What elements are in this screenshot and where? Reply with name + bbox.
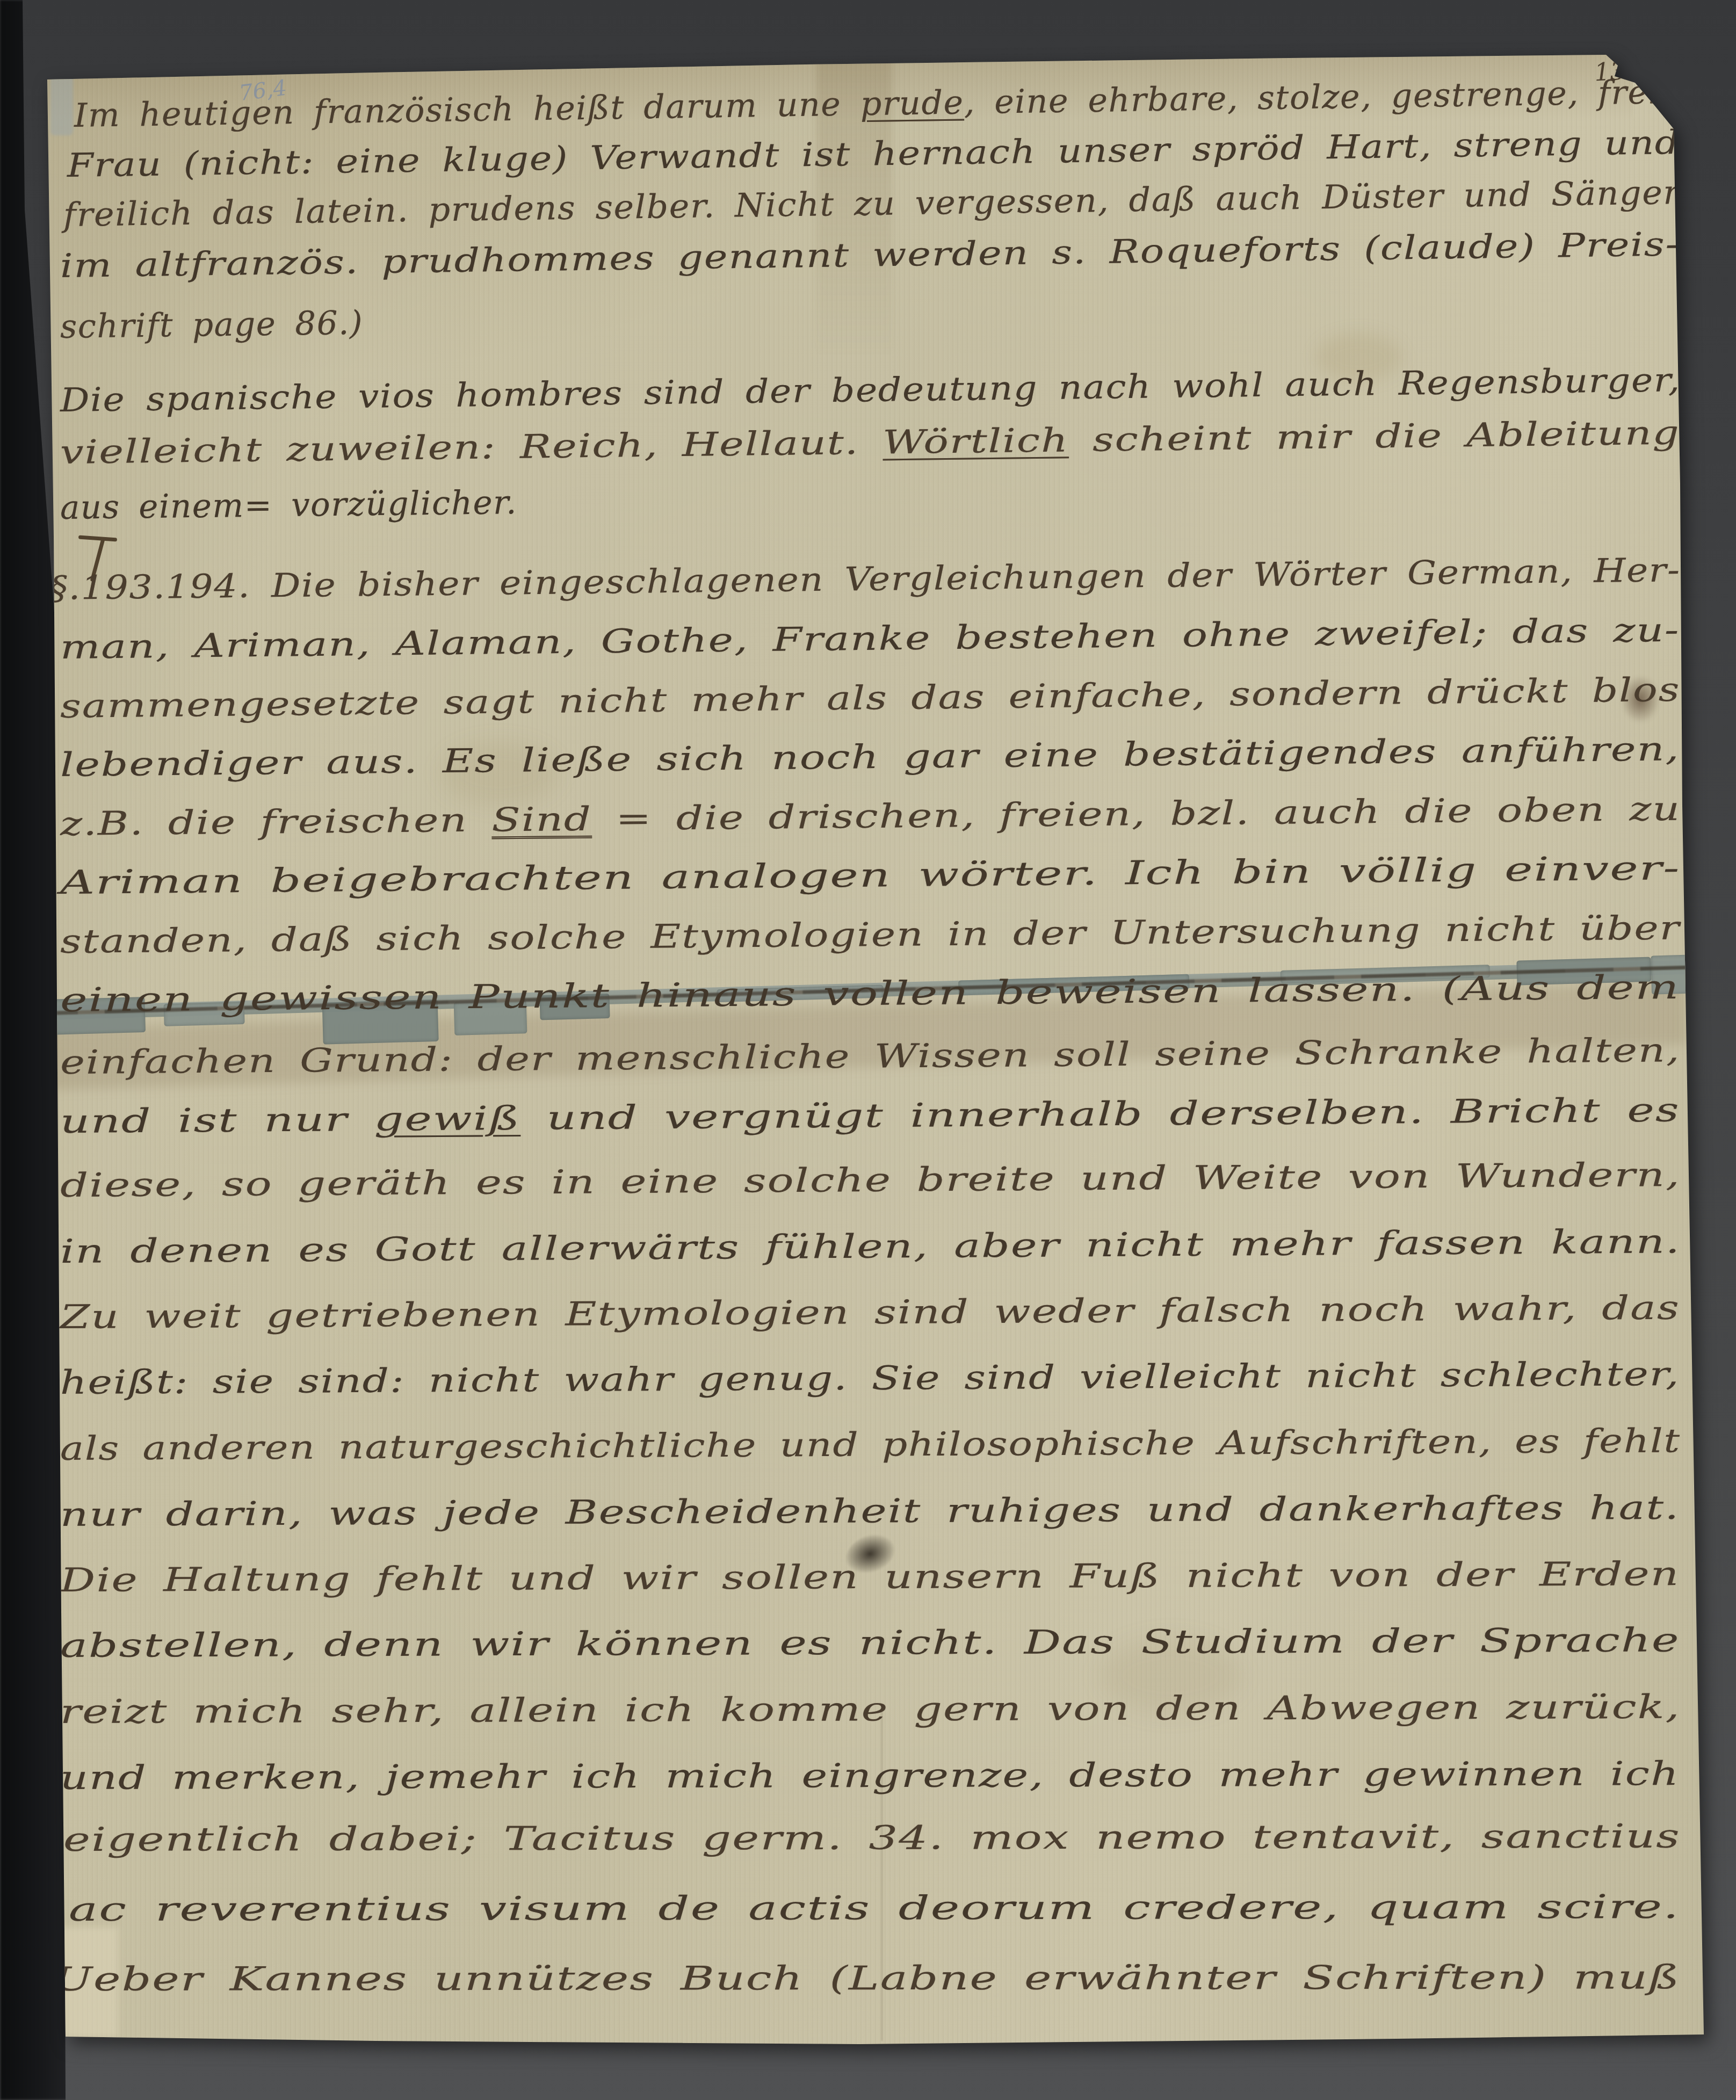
- handwriting-line: man, Ariman, Alaman, Gothe, Franke beste…: [60, 614, 1680, 664]
- handwriting-line: schrift page 86.): [60, 307, 364, 343]
- handwriting-line: diese, so geräth es in eine solche breit…: [60, 1158, 1681, 1202]
- handwriting-line: freilich das latein. prudens selber. Nic…: [63, 176, 1681, 231]
- handwriting-line: aus einem= vorzüglicher.: [60, 486, 518, 524]
- handwriting-line: Zu weit getriebenen Etymologien sind wed…: [60, 1292, 1680, 1334]
- handwriting-line: Die spanische vios hombres sind der bede…: [60, 364, 1681, 417]
- handwriting-line: einfachen Grund: der menschliche Wissen …: [60, 1034, 1681, 1079]
- handwriting-line: in denen es Gott allerwärts fühlen, aber…: [60, 1225, 1681, 1268]
- handwriting-line: im altfranzös. prudhommes genannt werden…: [60, 228, 1680, 283]
- handwriting-line: ac reverentius visum de actis deorum cre…: [69, 1891, 1680, 1926]
- insertion-mark-horizontal-stroke: [78, 535, 117, 541]
- handwriting-line: eigentlich dabei; Tacitus germ. 34. mox …: [63, 1820, 1681, 1856]
- handwriting-line: reizt mich sehr, allein ich komme gern v…: [60, 1691, 1681, 1728]
- handwriting-line: sammengesetzte sagt nicht mehr als das e…: [60, 674, 1681, 723]
- handwriting-line: abstellen, denn wir können es nicht. Das…: [60, 1624, 1680, 1662]
- handwriting-line: §.193.194. Die bisher eingeschlagenen Ve…: [49, 554, 1681, 605]
- handwriting-line: z.B. die freischen Sind = die drischen, …: [60, 793, 1681, 841]
- handwriting-line: Die Haltung fehlt und wir sollen unsern …: [60, 1558, 1680, 1597]
- handwriting-line: Im heutigen französisch heißt darum une …: [74, 76, 1681, 132]
- handwriting-line: Ueber Kannes unnützes Buch (Labne erwähn…: [54, 1961, 1680, 1996]
- handwriting-line: und merken, jemehr ich mich eingrenze, d…: [60, 1757, 1680, 1794]
- handwriting-line: Ariman beigebrachten analogen wörter. Ic…: [60, 852, 1681, 899]
- paper-sheet: 76,4 13 Im heutigen französisch heißt da…: [0, 0, 1736, 2100]
- handwriting-line: nur darin, was jede Bescheidenheit ruhig…: [60, 1491, 1680, 1531]
- handwriting-line: standen, daß sich solche Etymologien in …: [60, 911, 1681, 958]
- handwriting-line: lebendiger aus. Es ließe sich noch gar e…: [60, 733, 1680, 781]
- handwriting-line: einen gewissen Punkt hinaus vollen bewei…: [60, 971, 1680, 1017]
- handwriting-line: heißt: sie sind: nicht wahr genug. Sie s…: [60, 1358, 1680, 1399]
- handwriting-line: und ist nur gewiß und vergnügt innerhalb…: [60, 1094, 1680, 1138]
- handwriting-line: Frau (nicht: eine kluge) Verwandt ist he…: [67, 126, 1680, 182]
- handwriting-line: als anderen naturgeschichtliche und phil…: [60, 1424, 1681, 1465]
- album-mount-background: 76,4 13 Im heutigen französisch heißt da…: [0, 0, 1736, 2100]
- left-edge-tape-remnant: [50, 75, 73, 135]
- manuscript-page: 76,4 13 Im heutigen französisch heißt da…: [0, 0, 1736, 2100]
- handwriting-line: vielleicht zuweilen: Reich, Hellaut. Wör…: [60, 416, 1680, 469]
